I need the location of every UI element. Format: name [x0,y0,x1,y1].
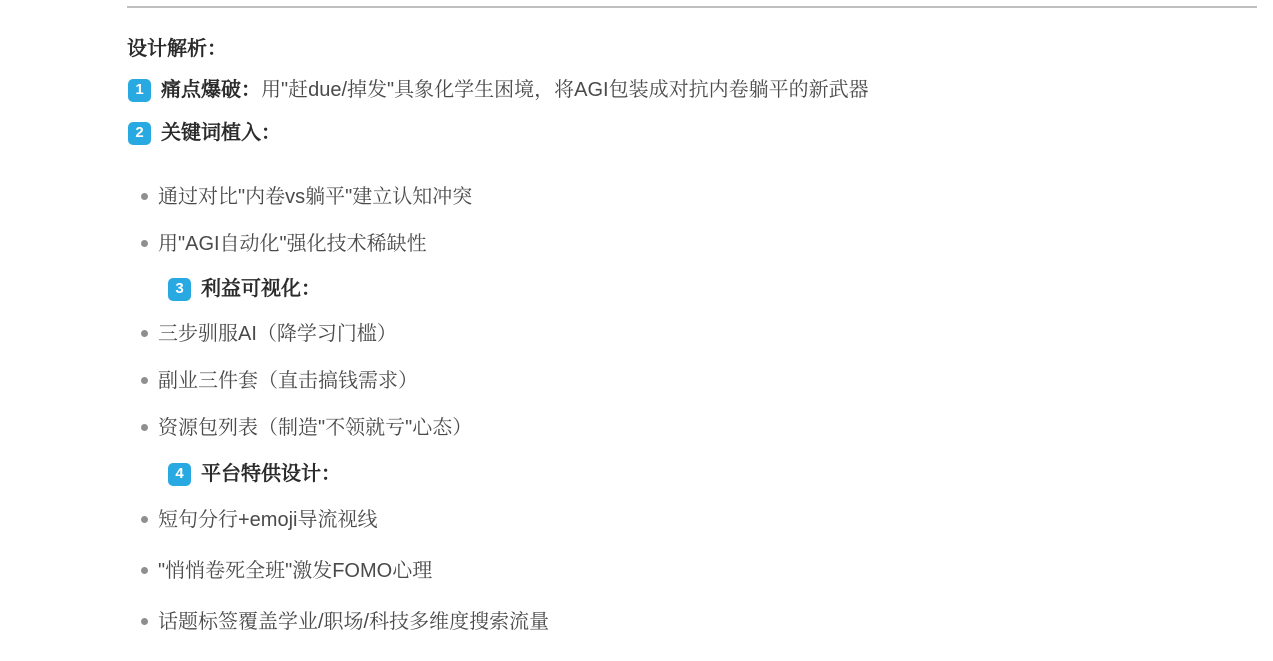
bullet-icon [141,567,148,574]
keycap-2-icon: 2 [128,122,151,145]
numbered-item-3: 3 利益可视化： [168,277,1257,301]
top-divider [127,6,1257,8]
keycap-3-icon: 3 [168,278,191,301]
keycap-1-icon: 1 [128,79,151,102]
item-label: 痛点爆破： [161,79,261,101]
list-item: 通过对比"内卷vs躺平"建立认知冲突 [127,186,1257,209]
list-item-text: 通过对比"内卷vs躺平"建立认知冲突 [158,186,472,208]
item-line: 平台特供设计： [201,462,341,486]
numbered-item-2: 2 关键词植入： [128,121,1257,145]
bullet-icon [141,377,148,384]
bullet-icon [141,240,148,247]
bullet-icon [141,424,148,431]
keycap-4-icon: 4 [168,463,191,486]
list-item: 话题标签覆盖学业/职场/科技多维度搜索流量 [127,611,1257,634]
list-item: 三步驯服AI（降学习门槛） [127,323,1257,346]
bullet-icon [141,516,148,523]
list-item: 资源包列表（制造"不领就亏"心态） [127,417,1257,440]
bullet-list-3: 短句分行+emoji导流视线 "悄悄卷死全班"激发FOMO心理 话题标签覆盖学业… [127,509,1257,634]
list-item-text: 话题标签覆盖学业/职场/科技多维度搜索流量 [158,611,549,633]
list-item-text: 资源包列表（制造"不领就亏"心态） [158,417,472,439]
item-label: 关键词植入： [161,122,281,144]
page-title: 设计解析： [127,37,1257,61]
item-label: 利益可视化： [201,278,321,300]
list-item-text: 副业三件套（直击搞钱需求） [158,370,418,392]
bullet-icon [141,618,148,625]
item-label: 平台特供设计： [201,463,341,485]
bullet-icon [141,193,148,200]
bullet-list-1: 通过对比"内卷vs躺平"建立认知冲突 用"AGI自动化"强化技术稀缺性 [127,186,1257,256]
list-item-text: 三步驯服AI（降学习门槛） [158,323,397,345]
list-item: 用"AGI自动化"强化技术稀缺性 [127,233,1257,256]
item-line: 利益可视化： [201,277,321,301]
list-item: 短句分行+emoji导流视线 [127,509,1257,532]
document-body: 设计解析： 1 痛点爆破：用"赶due/掉发"具象化学生困境，将AGI包装成对抗… [127,6,1257,634]
bullet-icon [141,330,148,337]
list-item: 副业三件套（直击搞钱需求） [127,370,1257,393]
bullet-list-2: 三步驯服AI（降学习门槛） 副业三件套（直击搞钱需求） 资源包列表（制造"不领就… [127,323,1257,440]
list-item-text: "悄悄卷死全班"激发FOMO心理 [158,560,432,582]
list-item-text: 用"AGI自动化"强化技术稀缺性 [158,233,427,255]
list-item-text: 短句分行+emoji导流视线 [158,509,377,531]
numbered-item-1: 1 痛点爆破：用"赶due/掉发"具象化学生困境，将AGI包装成对抗内卷躺平的新… [128,78,1257,102]
numbered-item-4: 4 平台特供设计： [168,462,1257,486]
list-item: "悄悄卷死全班"激发FOMO心理 [127,560,1257,583]
item-line: 关键词植入： [161,121,281,145]
item-text: 用"赶due/掉发"具象化学生困境，将AGI包装成对抗内卷躺平的新武器 [261,79,869,101]
item-line: 痛点爆破：用"赶due/掉发"具象化学生困境，将AGI包装成对抗内卷躺平的新武器 [161,78,869,102]
